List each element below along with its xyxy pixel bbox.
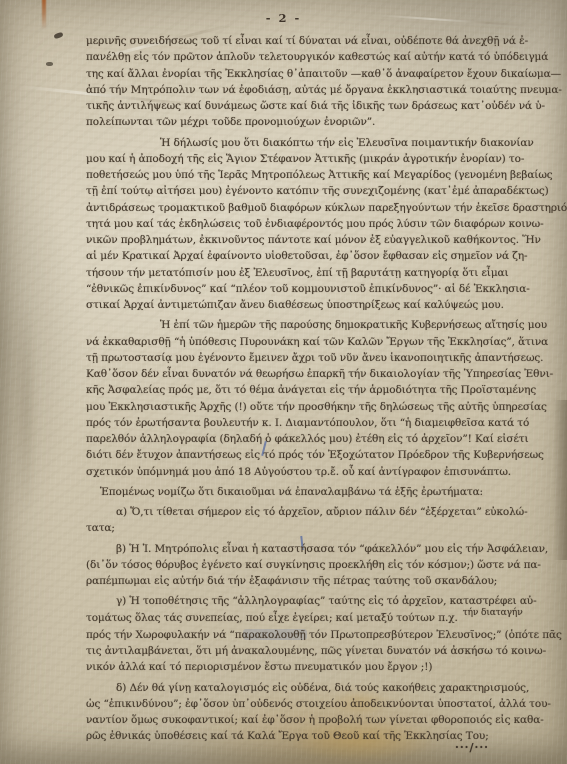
text-line: πρός τόν ἐρωτήσαντα βουλευτήν κ. Ι. Διαμ… (86, 415, 554, 431)
ink-spot (53, 32, 63, 40)
question-item-alpha: α) Ὅ,τι τίθεται σήμερον εἰς τό ἀρχεῖον, … (86, 504, 554, 537)
document-body: μερινῆς συνειδήσεως τοῦ τί εἶναι καί τί … (86, 33, 554, 749)
text-line: ἀπό τήν Μητρόπολιν των νά ἐφοδιάσῃ, αὐτά… (86, 82, 554, 98)
text-line-main: τομάτως ὅλας τάς συνεπείας, πού εἶχε ἐγε… (86, 612, 458, 624)
text-line: δ) Δέν θά γίνῃ καταλογισμός εἰς οὐδένα, … (86, 680, 554, 696)
text-line: Ἡ δήλωσίς μου ὅτι διακόπτω τήν εἰς Ἐλευσ… (86, 135, 554, 151)
text-line: τῇ πρωτοστασίᾳ μου ἐγένοντο ἔμεινεν ἄχρι… (86, 350, 554, 366)
text-line: ποθετήσεώς μου ὑπό τῆς Ἱερᾶς Μητροπόλεως… (86, 167, 554, 183)
question-item-delta: δ) Δέν θά γίνῃ καταλογισμός εἰς οὐδένα, … (86, 680, 554, 745)
text-line: ἀντιδράσεως τρομακτικοῦ βαθμοῦ διαφόρων … (86, 200, 554, 216)
paragraph-declaration: Ἡ δήλωσίς μου ὅτι διακόπτω τήν εἰς Ἐλευσ… (86, 135, 554, 314)
text-line: αἱ μέν Κρατικαί Ἀρχαί ἐφαίνοντο υἱοθετοῦ… (86, 248, 554, 264)
text-line: μου καί ἡ ἀποδοχή τῆς εἰς Ἅγιον Στέφανον… (86, 151, 554, 167)
text-line: Καθ᾽ὅσον δέν εἶναι δυνατόν νά θεωρήσω ἐπ… (86, 366, 554, 382)
left-edge-smudge (16, 300, 36, 520)
question-item-gamma: γ) Ἡ τοποθέτησις τῆς “ἀλληλογραφίας” ταύ… (86, 593, 554, 675)
question-item-beta: β) Ἡ Ἱ. Μητρόπολις εἶναι ἡ καταστήσασα τ… (86, 541, 554, 590)
page-number: - 2 - (0, 11, 567, 25)
text-line: νικόν ἀλλά καί τό περιορισμένον ἔστω πνε… (86, 659, 554, 675)
right-edge-shadow (553, 400, 567, 560)
text-line: “ἐθνικῶς ἐπικίνδυνος” καί “πλέον τοῦ κομ… (86, 281, 554, 297)
text-line: ὡς “ἐπικινδύνου”; ἐφ᾽ὅσον ὑπ᾽οὐδενός στο… (86, 696, 554, 712)
text-line: στικαί Ἀρχαί ἀντιμετώπιζαν ἄνευ διαθέσεω… (86, 297, 554, 313)
text-line: διότι δέν ἔτυχον ἀπαντήσεως εἰς τό πρός … (86, 447, 554, 463)
text-line: κῆς Ἀσφαλείας πρός με, ὅτι τό θέμα ἀνάγε… (86, 382, 554, 398)
text-line: πανέλθῃ εἰς τόν πρῶτον ἁπλοῦν τελετουργι… (86, 49, 554, 65)
interlinear-insertion: τήν διαταγήν (463, 605, 523, 621)
text-line: σχετικόν ὑπόμνημά μου ἀπό 18 Αὐγούστου τ… (86, 464, 554, 480)
text-line: τατα; (86, 520, 554, 536)
text-line: μερινῆς συνειδήσεως τοῦ τί εἶναι καί τί … (86, 33, 554, 49)
text-line: α) Ὅ,τι τίθεται σήμερον εἰς τό ἀρχεῖον, … (86, 504, 554, 520)
text-line: (δι᾽ὅν τόσος θόρυβος ἐγένετο καί συγκίνη… (86, 557, 554, 573)
paragraph-continuation: μερινῆς συνειδήσεως τοῦ τί εἶναι καί τί … (86, 33, 554, 131)
text-line: Ἑπομένως νομίζω ὅτι δικαιοῦμαι νά ἐπαναλ… (86, 484, 554, 500)
text-line: νικῶν προβλημάτων, ἐκκινοῦντος πάντοτε κ… (86, 232, 554, 248)
ink-spot (46, 62, 53, 66)
text-line: νά ἐκκαθαρισθῇ “ἡ ὑπόθεσις Πυρουνάκη καί… (86, 334, 554, 350)
text-line: τητά μου καί τάς ἐκδηλώσεις τοῦ ἐνδιαφέρ… (86, 216, 554, 232)
text-line: της καί ἄλλαι ἐνορίαι τῆς Ἐκκλησίας θ᾽ἀπ… (86, 66, 554, 82)
text-line: β) Ἡ Ἱ. Μητρόπολις εἶναι ἡ καταστήσασα τ… (86, 541, 554, 557)
text-line: πρός τήν Χωροφυλακήν νά “παρακολουθῇ τόν… (86, 627, 554, 643)
text-line: πολείπωνται τῶν μέχρι τοῦδε προνομιούχων… (86, 114, 554, 130)
continuation-mark: ···/··· (455, 741, 489, 754)
text-line: Ἡ ἐπί τῶν ἡμερῶν τῆς παρούσης δημοκρατικ… (86, 317, 554, 333)
paragraph-lead-in: Ἑπομένως νομίζω ὅτι δικαιοῦμαι νά ἐπαναλ… (86, 484, 554, 500)
text-line: τῇ ἐπί τούτῳ αἰτήσει μου) ἐγένοντο κατόπ… (86, 183, 554, 199)
text-line: ραπέμπωμαι εἰς αὐτήν διά τήν ἐξαφάνισιν … (86, 573, 554, 589)
text-line: ναντίον ὅμως συκοφαντικοί; καί ἐφ᾽ὅσον ἡ… (86, 712, 554, 728)
paragraph-request: Ἡ ἐπί τῶν ἡμερῶν τῆς παρούσης δημοκρατικ… (86, 317, 554, 480)
text-line: τήσουν τήν μετατόπισίν μου ἐξ Ἐλευσῖνος,… (86, 265, 554, 281)
scanned-document-page: - 2 - μερινῆς συνειδήσεως τοῦ τί εἶναι κ… (0, 0, 567, 764)
text-line: μου Ἐκκλησιαστικῆς Ἀρχῆς (!) οὔτε τήν πρ… (86, 399, 554, 415)
text-line: τικῆς ἀντιλήψεως καί δυνάμεως ὥστε καί δ… (86, 98, 554, 114)
text-line: παρελθόν ἀλληλογραφία (δηλαδή ὁ φάκελλός… (86, 431, 554, 447)
text-line: τομάτως ὅλας τάς συνεπείας, πού εἶχε ἐγε… (86, 610, 554, 627)
text-line: τις ἀντιλαμβάνεται, ὅτι μή ἀνακαλουμένης… (86, 643, 554, 659)
